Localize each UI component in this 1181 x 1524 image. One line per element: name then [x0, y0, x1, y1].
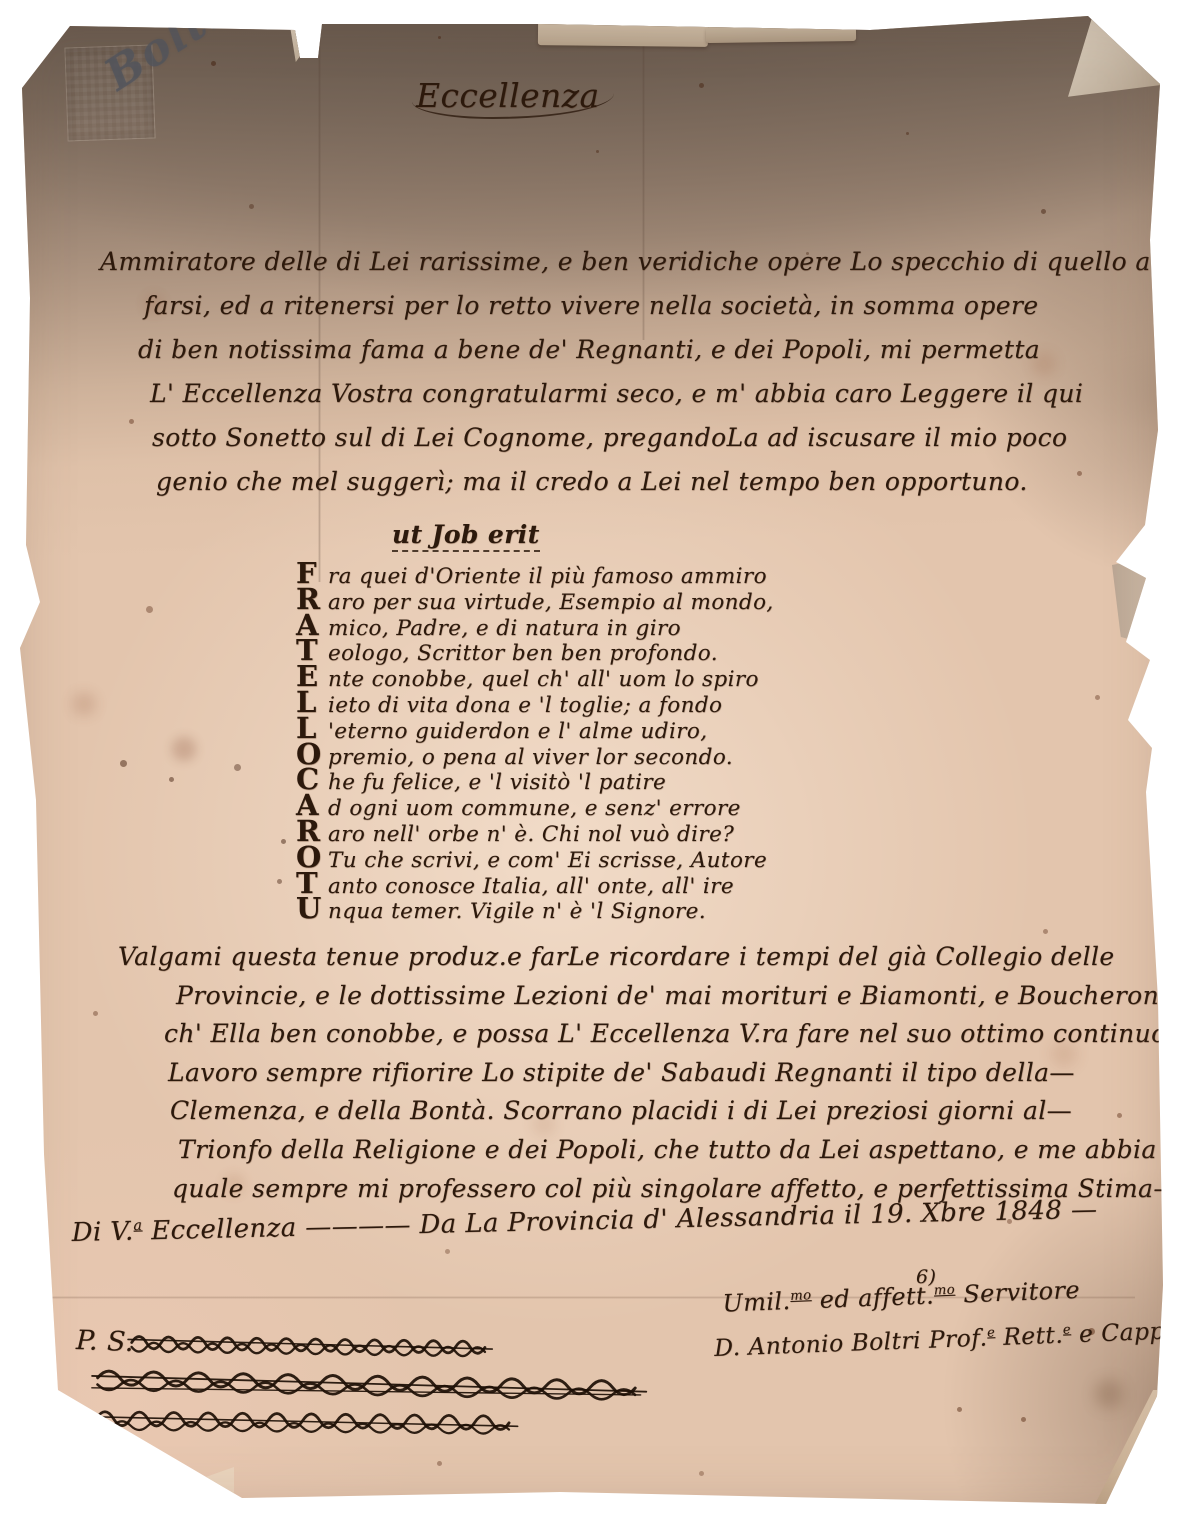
- sonnet-line-text: ra quei d'Oriente il più famoso ammiro: [328, 564, 767, 589]
- postscript-label: P. S.: [75, 1325, 134, 1358]
- paragraph-line: farsi, ed a ritenersi per lo retto viver…: [100, 284, 1176, 328]
- paragraph-line: L' Eccellenza Vostra congratularmi seco,…: [100, 372, 1176, 416]
- paragraph-line: sotto Sonetto sul di Lei Cognome, pregan…: [100, 416, 1176, 460]
- dateline-text: Di V.: [71, 1217, 134, 1248]
- tape-piece: [538, 21, 708, 47]
- paragraph-line: Provincie, e le dottissime Lezioni de' m…: [112, 977, 1179, 1016]
- sonnet-line-text: anto conosce Italia, all' onte, all' ire: [328, 874, 734, 899]
- sonnet: Fra quei d'Oriente il più famoso ammiro …: [296, 556, 774, 917]
- closing-salutation: Umil.mo ed affett.mo Servitore: [722, 1271, 1181, 1317]
- scanned-letter: Boltri Eccellenza Ammiratore delle di Le…: [0, 0, 1181, 1524]
- opening-paragraph: Ammiratore delle di Lei rarissime, e ben…: [100, 240, 1176, 504]
- sonnet-line-text: eologo, Scrittor ben ben profondo.: [328, 641, 718, 666]
- letter-page: Boltri Eccellenza Ammiratore delle di Le…: [0, 0, 1181, 1524]
- edge-tear: [1112, 556, 1156, 646]
- crossed-out-line: [92, 1361, 653, 1406]
- sonnet-title: ut Job erit: [392, 520, 540, 552]
- tape-piece: [290, 26, 322, 62]
- salutation: Eccellenza: [412, 76, 614, 115]
- sonnet-line-text: premio, o pena al viver lor secondo.: [328, 745, 733, 770]
- sonnet-line-text: aro per sua virtude, Esempio al mondo,: [328, 590, 774, 615]
- signature-text: e Capp.: [1071, 1316, 1174, 1348]
- paragraph-line: genio che mel suggerì; ma il credo a Lei…: [100, 460, 1176, 504]
- sonnet-line-text: ieto di vita dona e 'l toglie; a fondo: [328, 693, 722, 718]
- sonnet-line-text: nte conobbe, quel ch' all' uom lo spiro: [328, 667, 759, 692]
- dateline-superscript: a: [133, 1218, 142, 1234]
- paragraph-line: Valgami questa tenue produz.e farLe rico…: [112, 938, 1179, 977]
- sonnet-line-text: Tu che scrivi, e com' Ei scrisse, Autore: [328, 848, 767, 873]
- folded-corner: [1094, 1390, 1166, 1506]
- sonnet-line: Fra quei d'Oriente il più famoso ammiro: [296, 556, 774, 582]
- paragraph-line: ch' Ella ben conobbe, e possa L' Eccelle…: [112, 1015, 1179, 1054]
- salutation-text: Eccellenza: [412, 76, 614, 119]
- closing-text: Servitore: [955, 1276, 1081, 1309]
- foxing-stains: [0, 0, 8, 8]
- closing-text: Umil.: [722, 1287, 791, 1318]
- sonnet-line-text: aro nell' orbe n' è. Chi nol vuò dire?: [328, 822, 734, 847]
- crossed-out-line: [128, 1327, 496, 1362]
- closing-text: ed affett.: [811, 1281, 934, 1314]
- paragraph-line: di ben notissima fama a bene de' Regnant…: [100, 328, 1176, 372]
- sonnet-line-text: d ogni uom commune, e senz' errore: [328, 796, 741, 821]
- paragraph-line: Ammiratore delle di Lei rarissime, e ben…: [100, 240, 1176, 284]
- tape-piece: [706, 25, 856, 43]
- sonnet-line-text: 'eterno guiderdon e l' alme udiro,: [328, 719, 708, 744]
- sonnet-line-text: nqua temer. Vigile n' è 'l Signore.: [328, 899, 706, 924]
- sonnet-line-text: he fu felice, e 'l visitò 'l patire: [328, 770, 666, 795]
- closing-superscript: mo: [790, 1288, 812, 1304]
- crossed-out-line: [92, 1400, 522, 1439]
- signature-line: D. Antonio Boltri Prof.e Rett.e e Capp.l…: [714, 1315, 1181, 1362]
- signature-text: Rett.: [995, 1321, 1064, 1352]
- folded-corner: [146, 1436, 234, 1498]
- signature-superscript: lano: [1172, 1317, 1181, 1333]
- paragraph-line: Lavoro sempre rifiorire Lo stipite de' S…: [112, 1054, 1179, 1093]
- sonnet-line-text: mico, Padre, e di natura in giro: [328, 616, 681, 641]
- closing-paragraph: Valgami questa tenue produz.e farLe rico…: [112, 938, 1179, 1208]
- pencil-annotation: Boltri: [96, 0, 254, 101]
- closing-superscript: mo: [934, 1283, 956, 1299]
- signature-text: D. Antonio Boltri Prof.: [714, 1323, 988, 1361]
- paragraph-line: Trionfo della Religione e dei Popoli, ch…: [112, 1131, 1179, 1170]
- tape-piece: [1068, 14, 1166, 102]
- closing-block: Umil.mo ed affett.mo Servitore D. Antoni…: [712, 1271, 1181, 1362]
- ink-speckles: [0, 0, 3, 3]
- acrostic-initial: U: [296, 891, 328, 925]
- paragraph-line: Clemenza, e della Bontà. Scorrano placid…: [112, 1092, 1179, 1131]
